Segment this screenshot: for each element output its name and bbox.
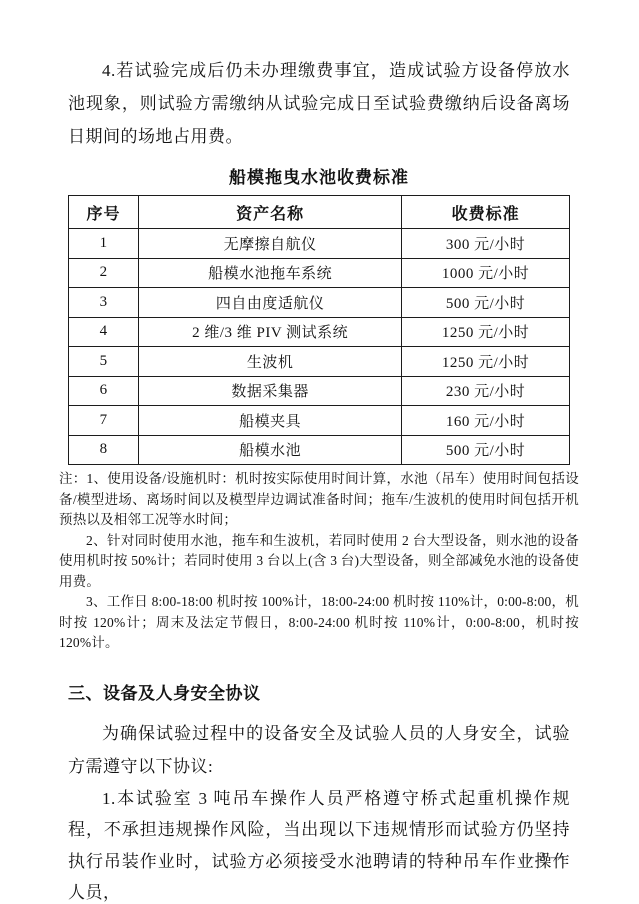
cell-no: 7 (69, 406, 139, 436)
note-3: 3、工作日 8:00-18:00 机时按 100%计，18:00-24:00 机… (59, 592, 579, 654)
cell-asset: 船模夹具 (139, 406, 402, 436)
cell-no: 5 (69, 347, 139, 377)
note-1: 注：1、使用设备/设施机时：机时按实际使用时间计算，水池（吊车）使用时间包括设备… (59, 469, 579, 531)
table-row: 3 四自由度适航仪 500 元/小时 (69, 288, 570, 318)
cell-fee: 1000 元/小时 (402, 258, 570, 288)
cell-no: 3 (69, 288, 139, 318)
header-cell-fee: 收费标准 (402, 196, 570, 229)
cell-no: 8 (69, 435, 139, 465)
header-cell-no: 序号 (69, 196, 139, 229)
header-cell-asset: 资产名称 (139, 196, 402, 229)
cell-fee: 160 元/小时 (402, 406, 570, 436)
cell-fee: 230 元/小时 (402, 376, 570, 406)
cell-no: 1 (69, 229, 139, 259)
table-row: 4 2 维/3 维 PIV 测试系统 1250 元/小时 (69, 317, 570, 347)
cell-asset: 数据采集器 (139, 376, 402, 406)
cell-fee: 1250 元/小时 (402, 317, 570, 347)
safety-item1-paragraph: 1.本试验室 3 吨吊车操作人员严格遵守桥式起重机操作规程，不承担违规操作风险，… (68, 783, 570, 904)
cell-asset: 无摩擦自航仪 (139, 229, 402, 259)
fee-table-title: 船模拖曳水池收费标准 (68, 163, 570, 188)
cell-fee: 500 元/小时 (402, 435, 570, 465)
fee-table-header-row: 序号 资产名称 收费标准 (69, 196, 570, 229)
table-row: 7 船模夹具 160 元/小时 (69, 406, 570, 436)
cell-asset: 2 维/3 维 PIV 测试系统 (139, 317, 402, 347)
cell-asset: 生波机 (139, 347, 402, 377)
table-notes: 注：1、使用设备/设施机时：机时按实际使用时间计算，水池（吊车）使用时间包括设备… (59, 469, 579, 654)
cell-no: 4 (69, 317, 139, 347)
table-row: 2 船模水池拖车系统 1000 元/小时 (69, 258, 570, 288)
cell-asset: 船模水池拖车系统 (139, 258, 402, 288)
table-row: 1 无摩擦自航仪 300 元/小时 (69, 229, 570, 259)
table-row: 8 船模水池 500 元/小时 (69, 435, 570, 465)
cell-no: 2 (69, 258, 139, 288)
page-number: — 3 — (521, 849, 565, 865)
safety-intro-paragraph: 为确保试验过程中的设备安全及试验人员的人身安全，试验方需遵守以下协议: (68, 717, 570, 783)
table-row: 6 数据采集器 230 元/小时 (69, 376, 570, 406)
fee-table: 序号 资产名称 收费标准 1 无摩擦自航仪 300 元/小时 2 船模水池拖车系… (68, 195, 570, 465)
cell-fee: 300 元/小时 (402, 229, 570, 259)
document-page: 4.若试验完成后仍未办理缴费事宜，造成试验方设备停放水池现象，则试验方需缴纳从试… (68, 54, 570, 904)
cell-no: 6 (69, 376, 139, 406)
cell-fee: 500 元/小时 (402, 288, 570, 318)
intro-paragraph: 4.若试验完成后仍未办理缴费事宜，造成试验方设备停放水池现象，则试验方需缴纳从试… (68, 54, 570, 153)
section-heading-safety: 三、设备及人身安全协议 (68, 679, 570, 704)
note-2: 2、针对同时使用水池，拖车和生波机，若同时使用 2 台大型设备，则水池的设备使用… (59, 531, 579, 593)
cell-asset: 四自由度适航仪 (139, 288, 402, 318)
cell-asset: 船模水池 (139, 435, 402, 465)
cell-fee: 1250 元/小时 (402, 347, 570, 377)
table-row: 5 生波机 1250 元/小时 (69, 347, 570, 377)
